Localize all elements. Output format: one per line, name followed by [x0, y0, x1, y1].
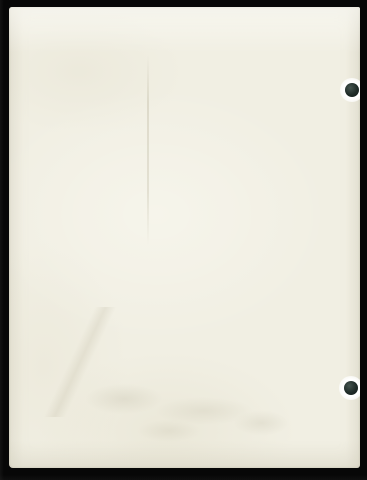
ink-bleed-through-ghost	[49, 367, 299, 447]
punch-hole-top	[340, 78, 360, 102]
scanner-background	[0, 0, 367, 480]
punch-hole-bottom	[339, 376, 360, 400]
scanned-page	[9, 7, 360, 468]
punch-hole-top-center	[345, 83, 359, 97]
paper-crease-vertical	[147, 55, 149, 245]
scanned-document-image: { "document": { "kind": "scanned blank p…	[0, 0, 367, 480]
punch-hole-bottom-center	[344, 381, 358, 395]
